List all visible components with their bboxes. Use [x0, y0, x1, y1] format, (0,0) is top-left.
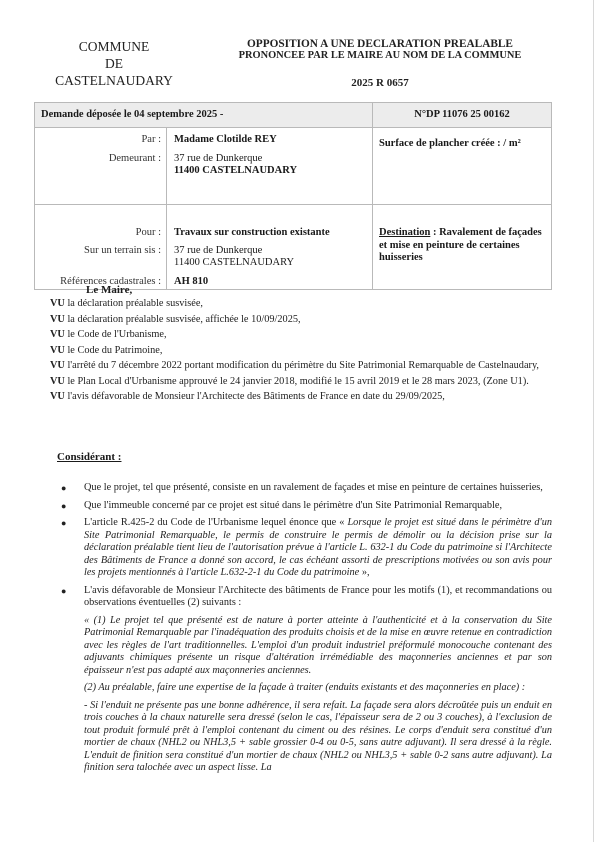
bullet-icon: ●: [61, 585, 66, 598]
filing-date: Demande déposée le 04 septembre 2025 -: [35, 103, 373, 128]
demeurant-label: Demeurant :: [35, 153, 161, 166]
applicant-address-line2: 11400 CASTELNAUDARY: [174, 165, 372, 178]
vu-item: VU le Code du Patrimoine,: [50, 345, 552, 358]
dp-number: N°DP 11076 25 00162: [373, 103, 552, 128]
surface-plancher: Surface de plancher créée : / m²: [379, 138, 551, 151]
considerant-list: ● Que le projet, tel que présenté, consi…: [58, 482, 552, 780]
applicant-address-line1: 37 rue de Dunkerque: [174, 153, 372, 166]
project-labels: Pour : Sur un terrain sis : Références c…: [35, 205, 167, 290]
abf-recommendation-paragraph: (2) Au préalable, faire une expertise de…: [58, 682, 552, 695]
page-edge: [593, 0, 594, 842]
surface-cell: Surface de plancher créée : / m²: [373, 128, 552, 205]
vu-item: VU l'avis défavorable de Monsieur l'Arch…: [50, 391, 552, 404]
pour-label: Pour :: [35, 227, 161, 240]
considerant-item: ● L'article R.425-2 du Code de l'Urbanis…: [58, 517, 552, 580]
commune-name: COMMUNE DE CASTELNAUDARY: [40, 38, 188, 89]
table-header-row: Demande déposée le 04 septembre 2025 - N…: [35, 103, 552, 128]
bullet-icon: ●: [61, 482, 66, 495]
destination-label: Destination: [379, 227, 430, 238]
considerant-item: ● L'avis défavorable de Monsieur l'Archi…: [58, 585, 552, 610]
considerant-item: ● Que l'immeuble concerné par ce projet …: [58, 500, 552, 513]
applicant-name: Madame Clotilde REY: [174, 134, 372, 147]
maire-heading: Le Maire,: [86, 284, 132, 296]
project-row: Pour : Sur un terrain sis : Références c…: [35, 205, 552, 290]
bullet-icon: ●: [61, 517, 66, 530]
commune-line: DE: [40, 55, 188, 72]
document-title: OPPOSITION A UNE DECLARATION PREALABLE P…: [200, 38, 560, 89]
vu-item: VU le Code de l'Urbanisme,: [50, 329, 552, 342]
abf-motif-paragraph: « (1) Le projet tel que présenté est de …: [58, 615, 552, 678]
terrain-address-line1: 37 rue de Dunkerque: [174, 245, 372, 258]
project-nature: Travaux sur construction existante: [174, 227, 372, 240]
considerant-item: ● Que le projet, tel que présenté, consi…: [58, 482, 552, 495]
vu-item: VU le Plan Local d'Urbanisme approuvé le…: [50, 376, 552, 389]
considerant-heading: Considérant :: [57, 451, 121, 463]
par-label: Par :: [35, 134, 161, 147]
vu-item: VU la déclaration préalable susvisée,: [50, 298, 552, 311]
abf-enduit-paragraph: - Si l'enduit ne présente pas une bonne …: [58, 700, 552, 775]
terrain-label: Sur un terrain sis :: [35, 245, 161, 258]
applicant-row: Par : Demeurant : Madame Clotilde REY 37…: [35, 128, 552, 205]
commune-line: COMMUNE: [40, 38, 188, 55]
project-values: Travaux sur construction existante 37 ru…: [167, 205, 373, 290]
destination-cell: Destination : Ravalement de façades et m…: [373, 205, 552, 290]
commune-line: CASTELNAUDARY: [40, 72, 188, 89]
vu-item: VU la déclaration préalable susvisée, af…: [50, 314, 552, 327]
vu-list: VU la déclaration préalable susvisée, VU…: [50, 298, 552, 407]
cadastre-value: AH 810: [174, 276, 372, 289]
title-line-1: OPPOSITION A UNE DECLARATION PREALABLE: [200, 38, 560, 50]
vu-item: VU l'arrêté du 7 décembre 2022 portant m…: [50, 360, 552, 373]
applicant-labels: Par : Demeurant :: [35, 128, 167, 205]
title-line-2: PRONONCEE PAR LE MAIRE AU NOM DE LA COMM…: [200, 50, 560, 62]
applicant-values: Madame Clotilde REY 37 rue de Dunkerque …: [167, 128, 373, 205]
destination: Destination : Ravalement de façades et m…: [379, 227, 549, 265]
application-info-table: Demande déposée le 04 septembre 2025 - N…: [34, 102, 552, 290]
terrain-address-line2: 11400 CASTELNAUDARY: [174, 257, 372, 270]
bullet-icon: ●: [61, 500, 66, 513]
decision-reference: 2025 R 0657: [200, 77, 560, 89]
